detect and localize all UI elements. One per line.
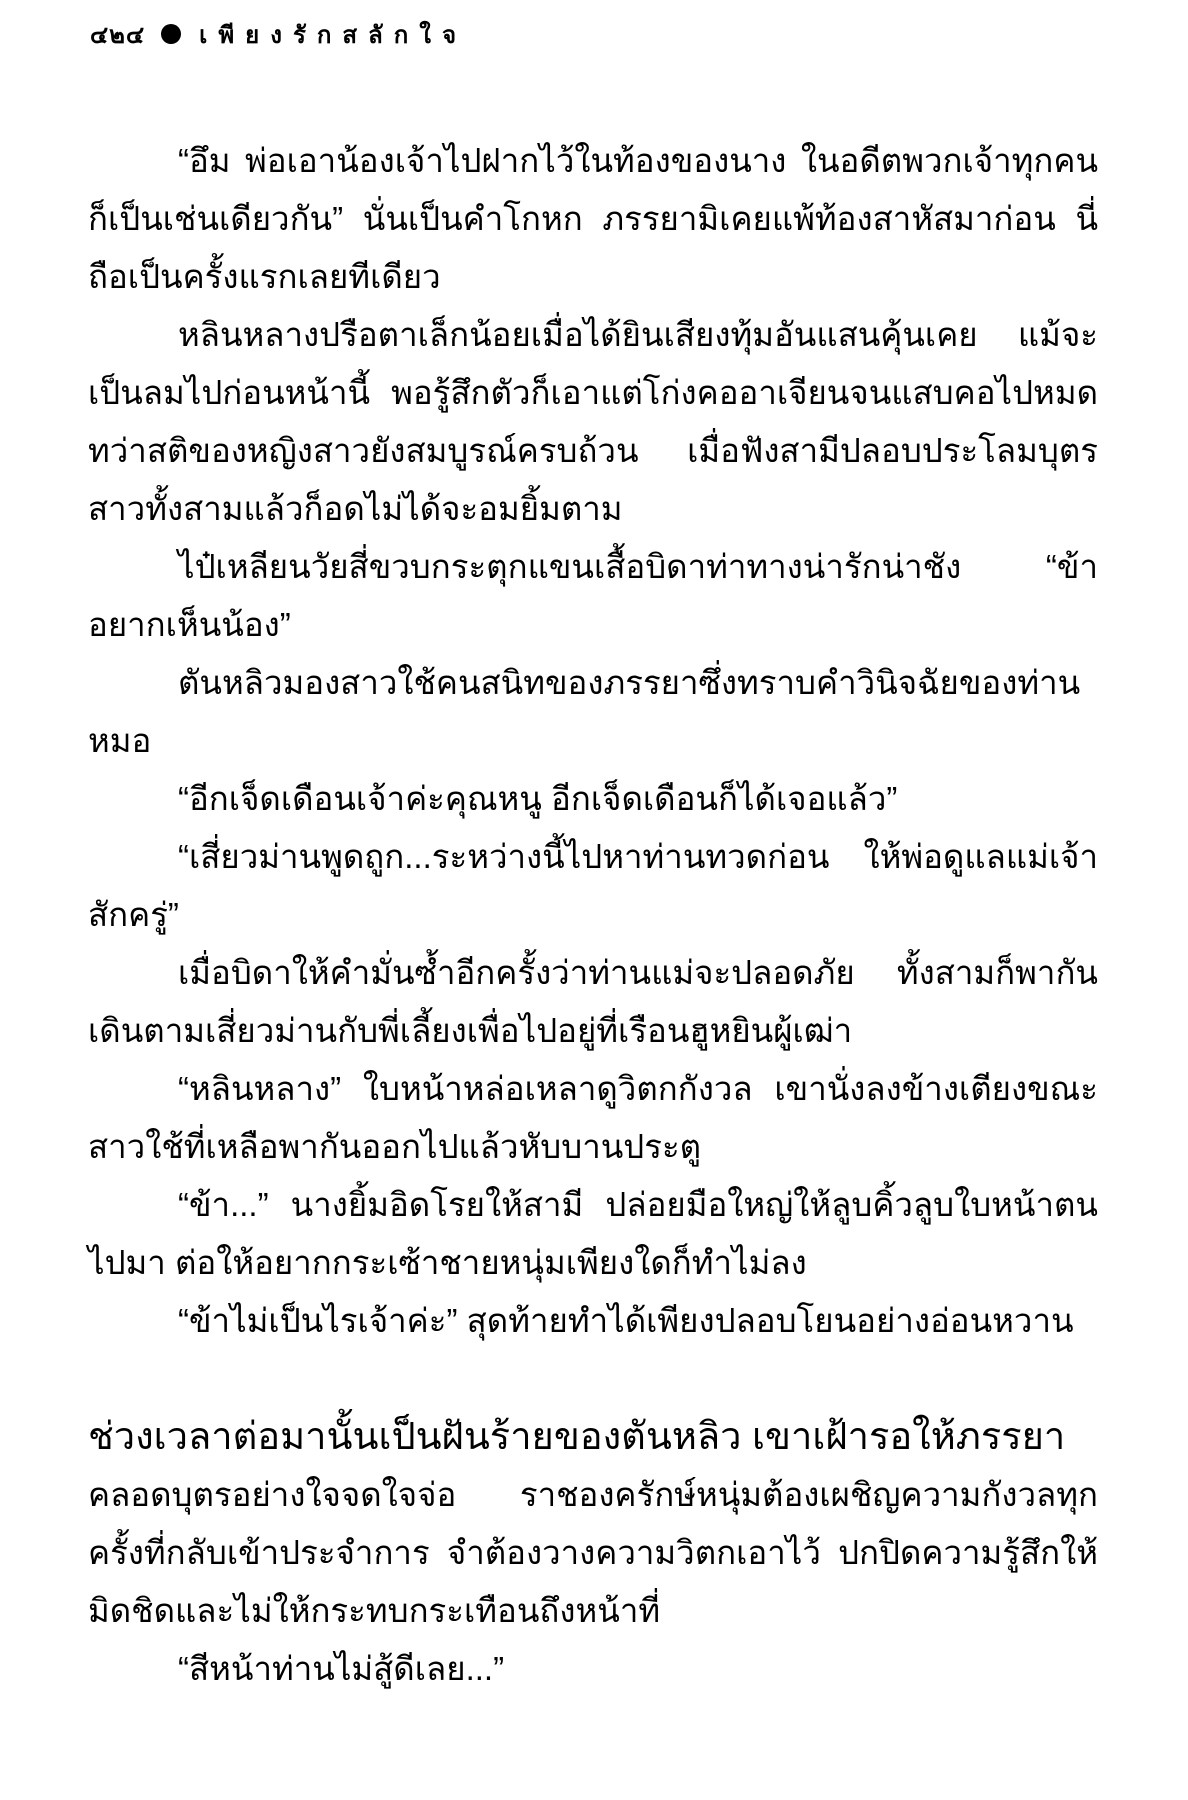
paragraph: เมื่อบิดาให้คำมั่นซ้ำอีกครั้งว่าท่านแม่จ…	[88, 944, 1098, 1060]
running-header: ๔๒๔ เพียงรักสลักใจ	[90, 12, 467, 56]
paragraph: คลอดบุตรอย่างใจจดใจจ่อ ราชองครักษ์หนุ่มต…	[88, 1466, 1098, 1640]
paragraph: ตันหลิวมองสาวใช้คนสนิทของภรรยาซึ่งทราบคำ…	[88, 654, 1098, 770]
paragraph: ไป๋เหลียนวัยสี่ขวบกระตุกแขนเสื้อบิดาท่าท…	[88, 538, 1098, 654]
paragraph: หลินหลางปรือตาเล็กน้อยเมื่อได้ยินเสียงทุ…	[88, 306, 1098, 538]
paragraph: “สีหน้าท่านไม่สู้ดีเลย...”	[88, 1640, 1098, 1698]
book-title: เพียงรักสลักใจ	[199, 15, 467, 54]
section-break	[88, 1350, 1098, 1408]
page-number: ๔๒๔	[90, 15, 145, 54]
book-page: ๔๒๔ เพียงรักสลักใจ “อึม พ่อเอาน้องเจ้าไป…	[0, 0, 1188, 1800]
section-lead-line: ช่วงเวลาต่อมานั้นเป็นฝันร้ายของตันหลิว เ…	[88, 1408, 1098, 1466]
page-body: “อึม พ่อเอาน้องเจ้าไปฝากไว้ในท้องของนาง …	[88, 132, 1098, 1698]
bullet-separator-icon	[161, 24, 181, 44]
paragraph: “เสี่ยวม่านพูดถูก...ระหว่างนี้ไปหาท่านทว…	[88, 828, 1098, 944]
paragraph: “อึม พ่อเอาน้องเจ้าไปฝากไว้ในท้องของนาง …	[88, 132, 1098, 306]
paragraph: “หลินหลาง” ใบหน้าหล่อเหลาดูวิตกกังวล เขา…	[88, 1060, 1098, 1176]
paragraph: “ข้า...” นางยิ้มอิดโรยให้สามี ปล่อยมือให…	[88, 1176, 1098, 1292]
paragraph: “อีกเจ็ดเดือนเจ้าค่ะคุณหนู อีกเจ็ดเดือนก…	[88, 770, 1098, 828]
paragraph: “ข้าไม่เป็นไรเจ้าค่ะ” สุดท้ายทำได้เพียงป…	[88, 1292, 1098, 1350]
